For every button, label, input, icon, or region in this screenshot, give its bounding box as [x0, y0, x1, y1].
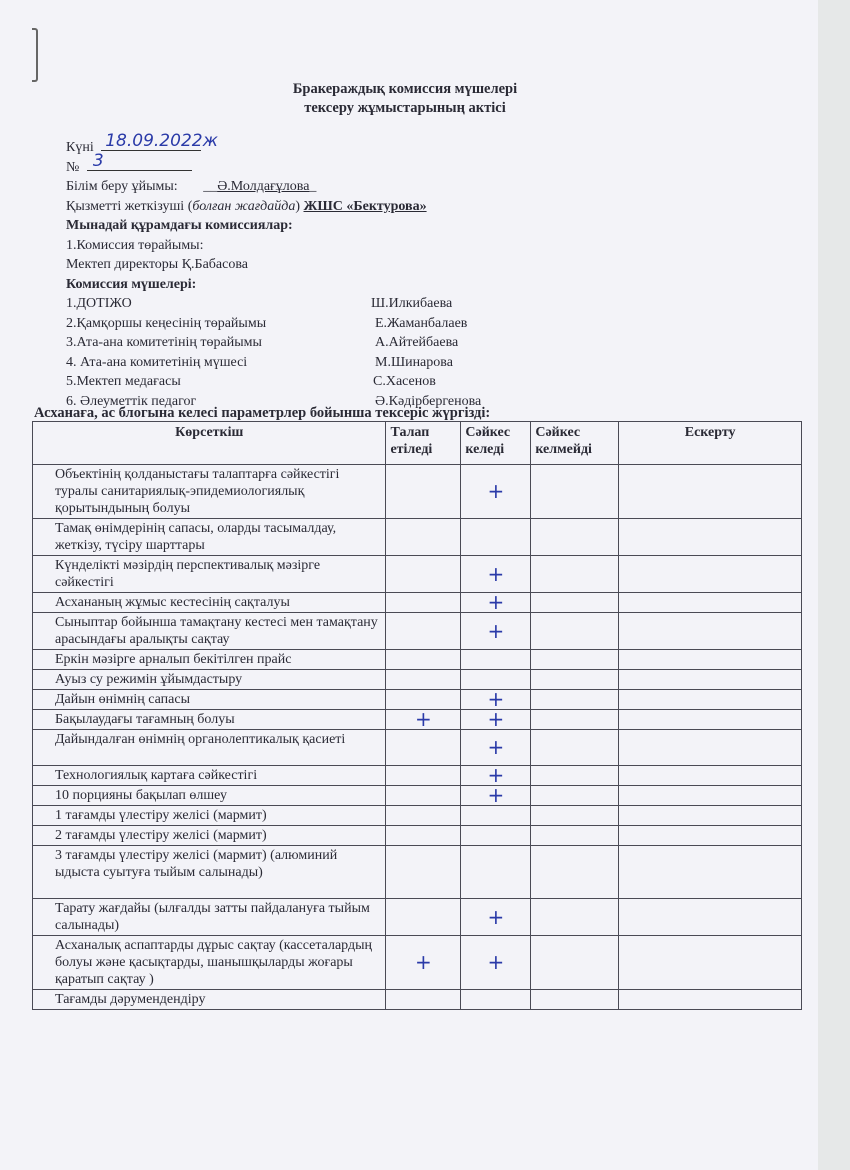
cell-note — [619, 846, 802, 899]
supplier-label-italic: болған жағдайда — [192, 199, 295, 214]
header-fields: Күні 18.09.2022ж № 3 Білім беру ұйымы: _… — [66, 138, 481, 411]
cell-note — [619, 690, 802, 710]
cell-required — [386, 899, 461, 936]
document-title: Бракераждық комиссия мүшелері тексеру жұ… — [0, 80, 810, 118]
cell-note — [619, 519, 802, 556]
table-row: Тағамды дәрумендендіру — [33, 990, 802, 1010]
cell-compliant: + — [461, 465, 531, 519]
table-row: Еркін мәзірге арналып бекітілген прайс — [33, 650, 802, 670]
table-row: Күнделікті мәзірдің перспективалық мәзір… — [33, 556, 802, 593]
table-row: 3 тағамды үлестіру желісі (мармит) (алюм… — [33, 846, 802, 899]
cell-required — [386, 806, 461, 826]
number-label: № — [66, 160, 79, 175]
number-field: № 3 — [66, 158, 481, 178]
composition-heading: Мынадай құрамдағы комиссиялар: — [66, 216, 481, 236]
table-row: 2 тағамды үлестіру желісі (мармит) — [33, 826, 802, 846]
cell-compliant: + — [461, 710, 531, 730]
cell-compliant: + — [461, 899, 531, 936]
cell-non-compliant — [531, 593, 619, 613]
cell-required — [386, 786, 461, 806]
cell-compliant — [461, 650, 531, 670]
member-name: А.Айтейбаева — [375, 333, 458, 353]
cell-indicator: Ауыз су режимін ұйымдастыру — [33, 670, 386, 690]
cell-non-compliant — [531, 766, 619, 786]
cell-indicator: Асханалық аспаптарды дұрыс сақтау (кассе… — [33, 936, 386, 990]
number-handwritten-value: 3 — [93, 152, 104, 171]
date-underline: 18.09.2022ж — [101, 150, 201, 151]
cell-non-compliant — [531, 990, 619, 1010]
cell-note — [619, 613, 802, 650]
cell-compliant: + — [461, 613, 531, 650]
member-role: 4. Ата-ана комитетінің мүшесі — [66, 353, 371, 373]
cell-note — [619, 990, 802, 1010]
cell-non-compliant — [531, 690, 619, 710]
cell-required — [386, 593, 461, 613]
member-name: Ш.Илкибаева — [371, 294, 452, 314]
member-row: 4. Ата-ана комитетінің мүшесіМ.Шинарова — [66, 353, 481, 373]
cell-non-compliant — [531, 613, 619, 650]
cell-required: + — [386, 936, 461, 990]
table-row: Ауыз су режимін ұйымдастыру — [33, 670, 802, 690]
cell-compliant: + — [461, 936, 531, 990]
table-row: Бақылаудағы тағамның болуы++ — [33, 710, 802, 730]
cell-indicator: Тарату жағдайы (ылғалды затты пайдалануғ… — [33, 899, 386, 936]
cell-compliant — [461, 806, 531, 826]
cell-non-compliant — [531, 710, 619, 730]
member-row: 3.Ата-ана комитетінің төрайымыА.Айтейбае… — [66, 333, 481, 353]
cell-required — [386, 670, 461, 690]
cell-non-compliant — [531, 826, 619, 846]
cell-note — [619, 806, 802, 826]
member-row: 2.Қамқоршы кеңесінің төрайымыЕ.Жаманбала… — [66, 314, 481, 334]
member-row: 5.Мектеп медағасыС.Хасенов — [66, 372, 481, 392]
cell-non-compliant — [531, 556, 619, 593]
cell-note — [619, 650, 802, 670]
table-row: Асханалық аспаптарды дұрыс сақтау (кассе… — [33, 936, 802, 990]
cell-indicator: Объектінің қолданыстағы талаптарға сәйке… — [33, 465, 386, 519]
member-role: 5.Мектеп медағасы — [66, 372, 371, 392]
cell-compliant — [461, 990, 531, 1010]
cell-compliant — [461, 519, 531, 556]
cell-compliant — [461, 826, 531, 846]
cell-non-compliant — [531, 936, 619, 990]
cell-compliant: + — [461, 556, 531, 593]
inspection-table: Көрсеткіш Талап етіледі Сәйкес келеді Сә… — [32, 421, 802, 1010]
chair-label: 1.Комиссия төрайымы: — [66, 236, 481, 256]
cell-non-compliant — [531, 519, 619, 556]
cell-note — [619, 730, 802, 766]
document-page: Бракераждық комиссия мүшелері тексеру жұ… — [0, 0, 818, 1170]
supplier-label-close: ) — [295, 199, 300, 214]
cell-indicator: 2 тағамды үлестіру желісі (мармит) — [33, 826, 386, 846]
cell-indicator: 3 тағамды үлестіру желісі (мармит) (алюм… — [33, 846, 386, 899]
member-name: Е.Жаманбалаев — [375, 314, 467, 334]
chair-value: Мектеп директоры Қ.Бабасова — [66, 255, 481, 275]
cell-note — [619, 710, 802, 730]
cell-note — [619, 593, 802, 613]
cell-non-compliant — [531, 806, 619, 826]
cell-indicator: 1 тағамды үлестіру желісі (мармит) — [33, 806, 386, 826]
table-row: Дайындалған өнімнің органолептикалық қас… — [33, 730, 802, 766]
organization-label: Білім беру ұйымы: — [66, 179, 178, 194]
cell-note — [619, 936, 802, 990]
cell-non-compliant — [531, 465, 619, 519]
cell-required — [386, 650, 461, 670]
date-field: Күні 18.09.2022ж — [66, 138, 481, 158]
organization-value: Ә.Молдағұлова — [217, 179, 309, 194]
member-row: 1.ДОТІЖОШ.Илкибаева — [66, 294, 481, 314]
supplier-label: Қызметті жеткізуші ( — [66, 199, 192, 214]
cell-required — [386, 519, 461, 556]
organization-field: Білім беру ұйымы: __Ә.Молдағұлова_ — [66, 177, 481, 197]
supplier-field: Қызметті жеткізуші (болған жағдайда) ЖШС… — [66, 197, 481, 217]
table-row: Технологиялық картаға сәйкестігі+ — [33, 766, 802, 786]
cell-non-compliant — [531, 786, 619, 806]
member-name: С.Хасенов — [373, 372, 436, 392]
table-row: Асхананың жұмыс кестесінің сақталуы+ — [33, 593, 802, 613]
title-line-2: тексеру жұмыстарының актісі — [0, 99, 810, 118]
date-label: Күні — [66, 140, 94, 155]
cell-indicator: Технологиялық картаға сәйкестігі — [33, 766, 386, 786]
header-required: Талап етіледі — [386, 422, 461, 465]
members-list: 1.ДОТІЖОШ.Илкибаева2.Қамқоршы кеңесінің … — [66, 294, 481, 411]
cell-note — [619, 465, 802, 519]
cell-required — [386, 556, 461, 593]
cell-non-compliant — [531, 899, 619, 936]
cell-indicator: Тағамды дәрумендендіру — [33, 990, 386, 1010]
cell-required — [386, 846, 461, 899]
cell-note — [619, 766, 802, 786]
cell-indicator: Сыныптар бойынша тамақтану кестесі мен т… — [33, 613, 386, 650]
table-row: Объектінің қолданыстағы талаптарға сәйке… — [33, 465, 802, 519]
table-row: 10 порцияны бақылап өлшеу+ — [33, 786, 802, 806]
table-row: Тарату жағдайы (ылғалды затты пайдалануғ… — [33, 899, 802, 936]
number-underline: 3 — [87, 170, 192, 171]
member-role: 2.Қамқоршы кеңесінің төрайымы — [66, 314, 371, 334]
cell-required — [386, 766, 461, 786]
cell-required — [386, 730, 461, 766]
header-note: Ескерту — [619, 422, 802, 465]
cell-required — [386, 826, 461, 846]
cell-note — [619, 899, 802, 936]
cell-note — [619, 786, 802, 806]
cell-required — [386, 613, 461, 650]
title-line-1: Бракераждық комиссия мүшелері — [0, 80, 810, 99]
cell-indicator: Күнделікті мәзірдің перспективалық мәзір… — [33, 556, 386, 593]
cell-non-compliant — [531, 670, 619, 690]
cell-note — [619, 556, 802, 593]
cell-indicator: Дайын өнімнің сапасы — [33, 690, 386, 710]
cell-indicator: Бақылаудағы тағамның болуы — [33, 710, 386, 730]
cell-indicator: 10 порцияны бақылап өлшеу — [33, 786, 386, 806]
cell-compliant — [461, 846, 531, 899]
cell-compliant: + — [461, 730, 531, 766]
cell-indicator: Еркін мәзірге арналып бекітілген прайс — [33, 650, 386, 670]
header-non-compliant: Сәйкес келмейді — [531, 422, 619, 465]
table-row: Сыныптар бойынша тамақтану кестесі мен т… — [33, 613, 802, 650]
cell-required — [386, 990, 461, 1010]
inspection-heading: Асханаға, ас блогына келесі параметрлер … — [34, 405, 490, 422]
cell-indicator: Тамақ өнімдерінің сапасы, оларды тасымал… — [33, 519, 386, 556]
cell-note — [619, 826, 802, 846]
cell-indicator: Асхананың жұмыс кестесінің сақталуы — [33, 593, 386, 613]
cell-compliant: + — [461, 593, 531, 613]
member-role: 3.Ата-ана комитетінің төрайымы — [66, 333, 371, 353]
cell-non-compliant — [531, 730, 619, 766]
cell-required: + — [386, 710, 461, 730]
binder-clip-mark — [32, 28, 38, 82]
date-handwritten-value: 18.09.2022ж — [105, 132, 235, 151]
member-role: 1.ДОТІЖО — [66, 294, 371, 314]
table-header-row: Көрсеткіш Талап етіледі Сәйкес келеді Сә… — [33, 422, 802, 465]
cell-indicator: Дайындалған өнімнің органолептикалық қас… — [33, 730, 386, 766]
table-row: Тамақ өнімдерінің сапасы, оларды тасымал… — [33, 519, 802, 556]
cell-non-compliant — [531, 846, 619, 899]
header-compliant: Сәйкес келеді — [461, 422, 531, 465]
table-row: 1 тағамды үлестіру желісі (мармит) — [33, 806, 802, 826]
cell-compliant: + — [461, 786, 531, 806]
cell-note — [619, 670, 802, 690]
members-heading: Комиссия мүшелері: — [66, 275, 481, 295]
header-indicator: Көрсеткіш — [33, 422, 386, 465]
member-name: М.Шинарова — [375, 353, 453, 373]
cell-required — [386, 465, 461, 519]
supplier-value: ЖШС «Бектурова» — [304, 199, 427, 214]
cell-non-compliant — [531, 650, 619, 670]
